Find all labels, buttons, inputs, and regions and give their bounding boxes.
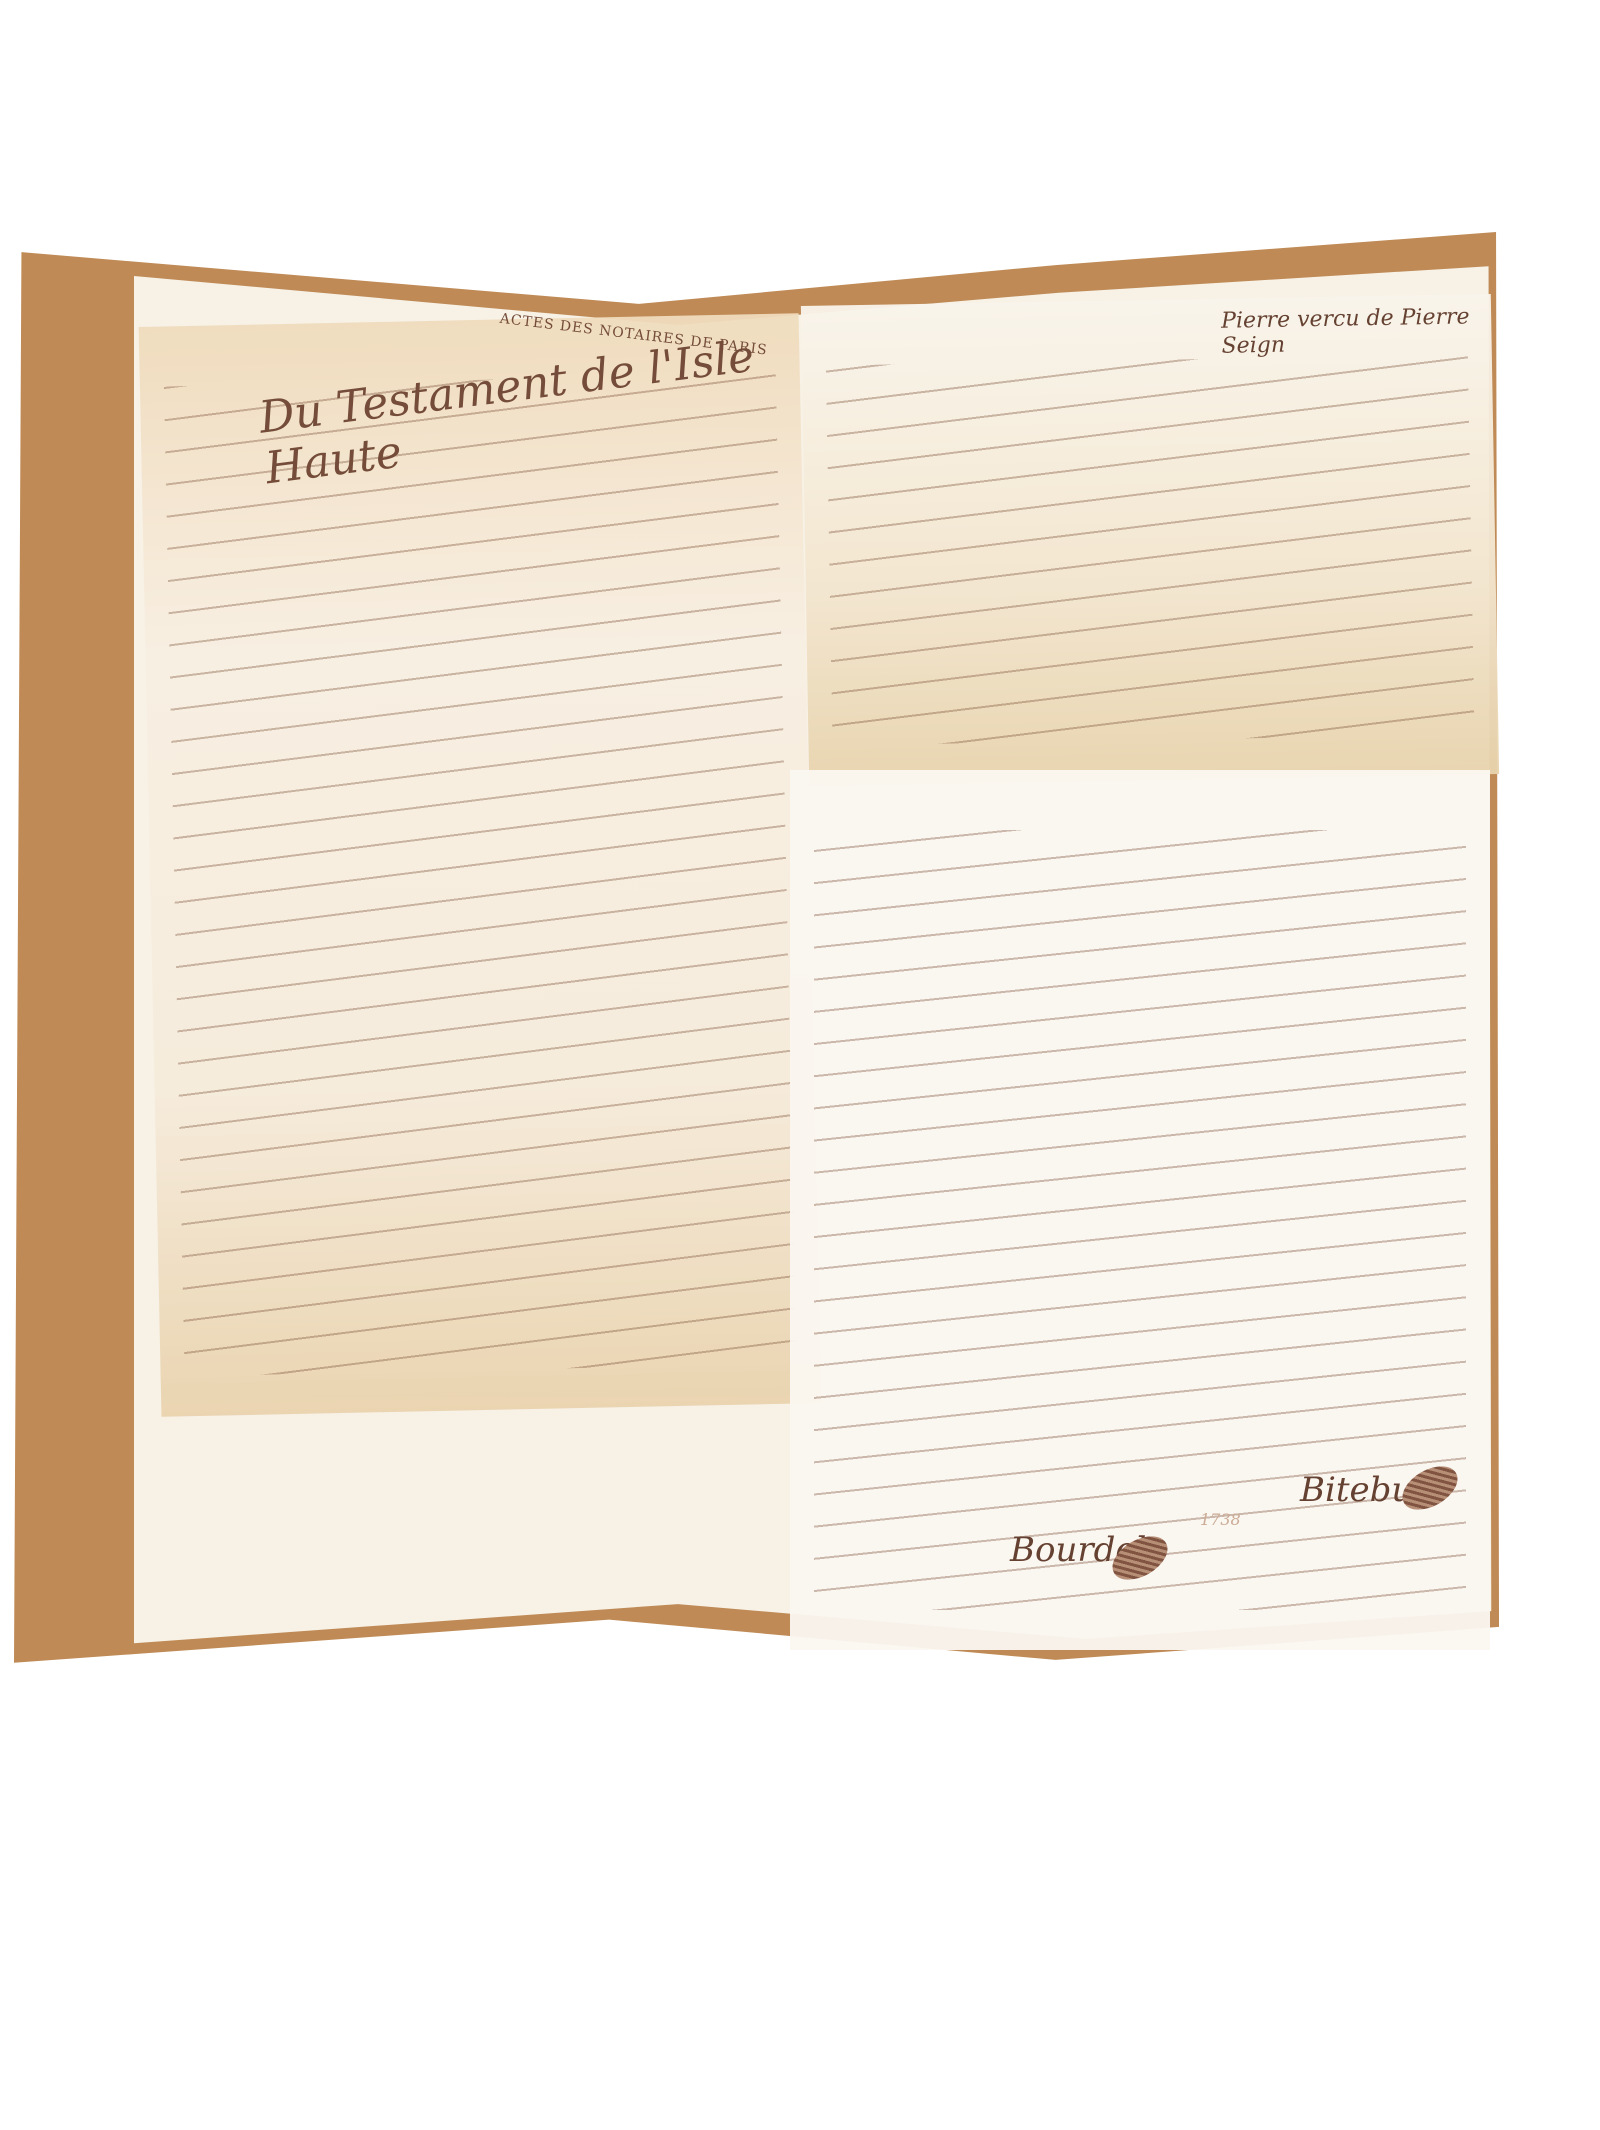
manuscript-page-left: Du Testament de l'Isle Haute ACTES DES N… xyxy=(139,313,822,1417)
faint-date: 1738 xyxy=(1200,1510,1241,1529)
top-line: Pierre vercu de Pierre Seign xyxy=(1221,304,1492,359)
manuscript-page-right: Bourdel Bitebuo 1738 xyxy=(790,770,1490,1650)
handwritten-lines xyxy=(164,374,797,1377)
handwritten-lines xyxy=(826,354,1475,745)
manuscript-page-top-right: Pierre vercu de Pierre Seign xyxy=(801,294,1499,786)
